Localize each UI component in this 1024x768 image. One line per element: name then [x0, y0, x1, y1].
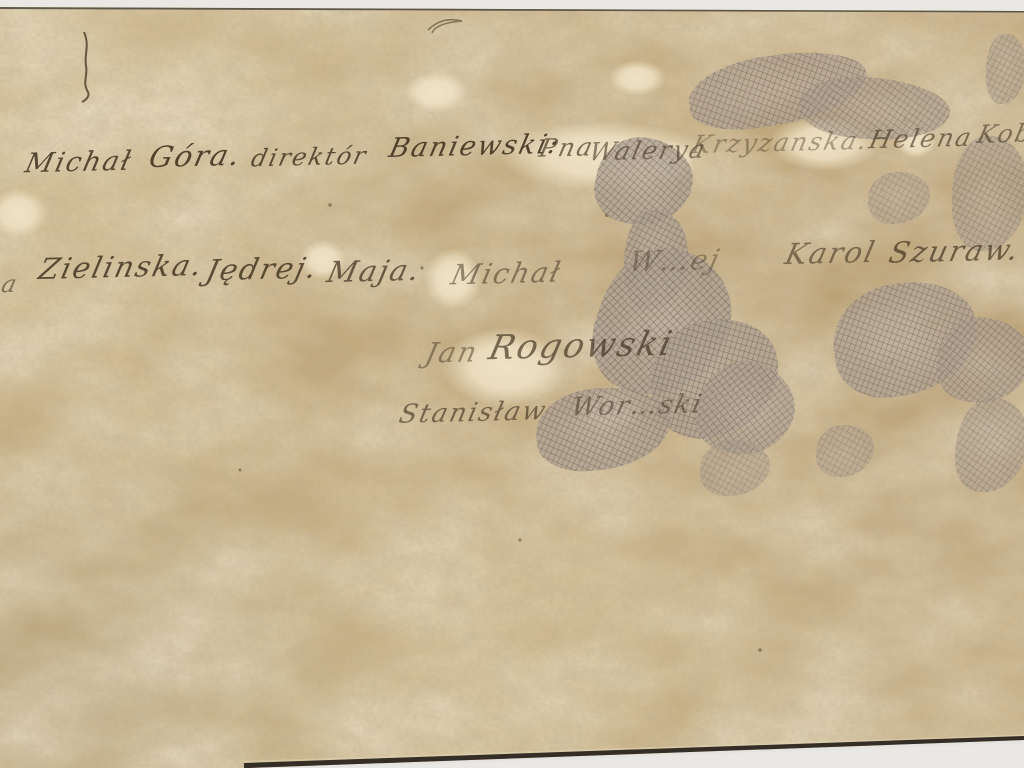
- photo-of-old-card: Michał Góra. direktór Baniewski: Pna Wal…: [0, 0, 1024, 768]
- handwritten-word: Michał: [22, 146, 135, 180]
- handwritten-word: Kobr: [975, 118, 1024, 149]
- handwritten-word: Krzyzanska.: [689, 126, 871, 159]
- handwritten-word: Szuraw.: [886, 232, 1024, 269]
- paper-card: Michał Góra. direktór Baniewski: Pna Wal…: [0, 0, 1024, 768]
- cream-spot: [404, 72, 468, 112]
- handwritten-word: Zielinska.: [36, 248, 207, 286]
- handwritten-word: Stanisław: [396, 396, 550, 430]
- handwritten-word: Rogowski: [485, 324, 677, 368]
- handwritten-word: direktór: [249, 142, 371, 173]
- handwritten-word: Jan: [422, 335, 482, 369]
- handwritten-word: Helena: [866, 123, 976, 154]
- handwritten-word: Karol: [782, 235, 880, 271]
- crackle-patch: [986, 34, 1024, 104]
- handwritten-word: Maja.: [324, 253, 425, 289]
- handwritten-word: Góra.: [146, 138, 245, 174]
- handwritten-word: Jędrej.: [203, 251, 322, 288]
- cream-spot: [608, 60, 666, 96]
- handwritten-word: Michał: [448, 256, 565, 292]
- handwritten-word: W…ej: [626, 243, 724, 278]
- handwritten-word: Wor…ski: [568, 389, 706, 422]
